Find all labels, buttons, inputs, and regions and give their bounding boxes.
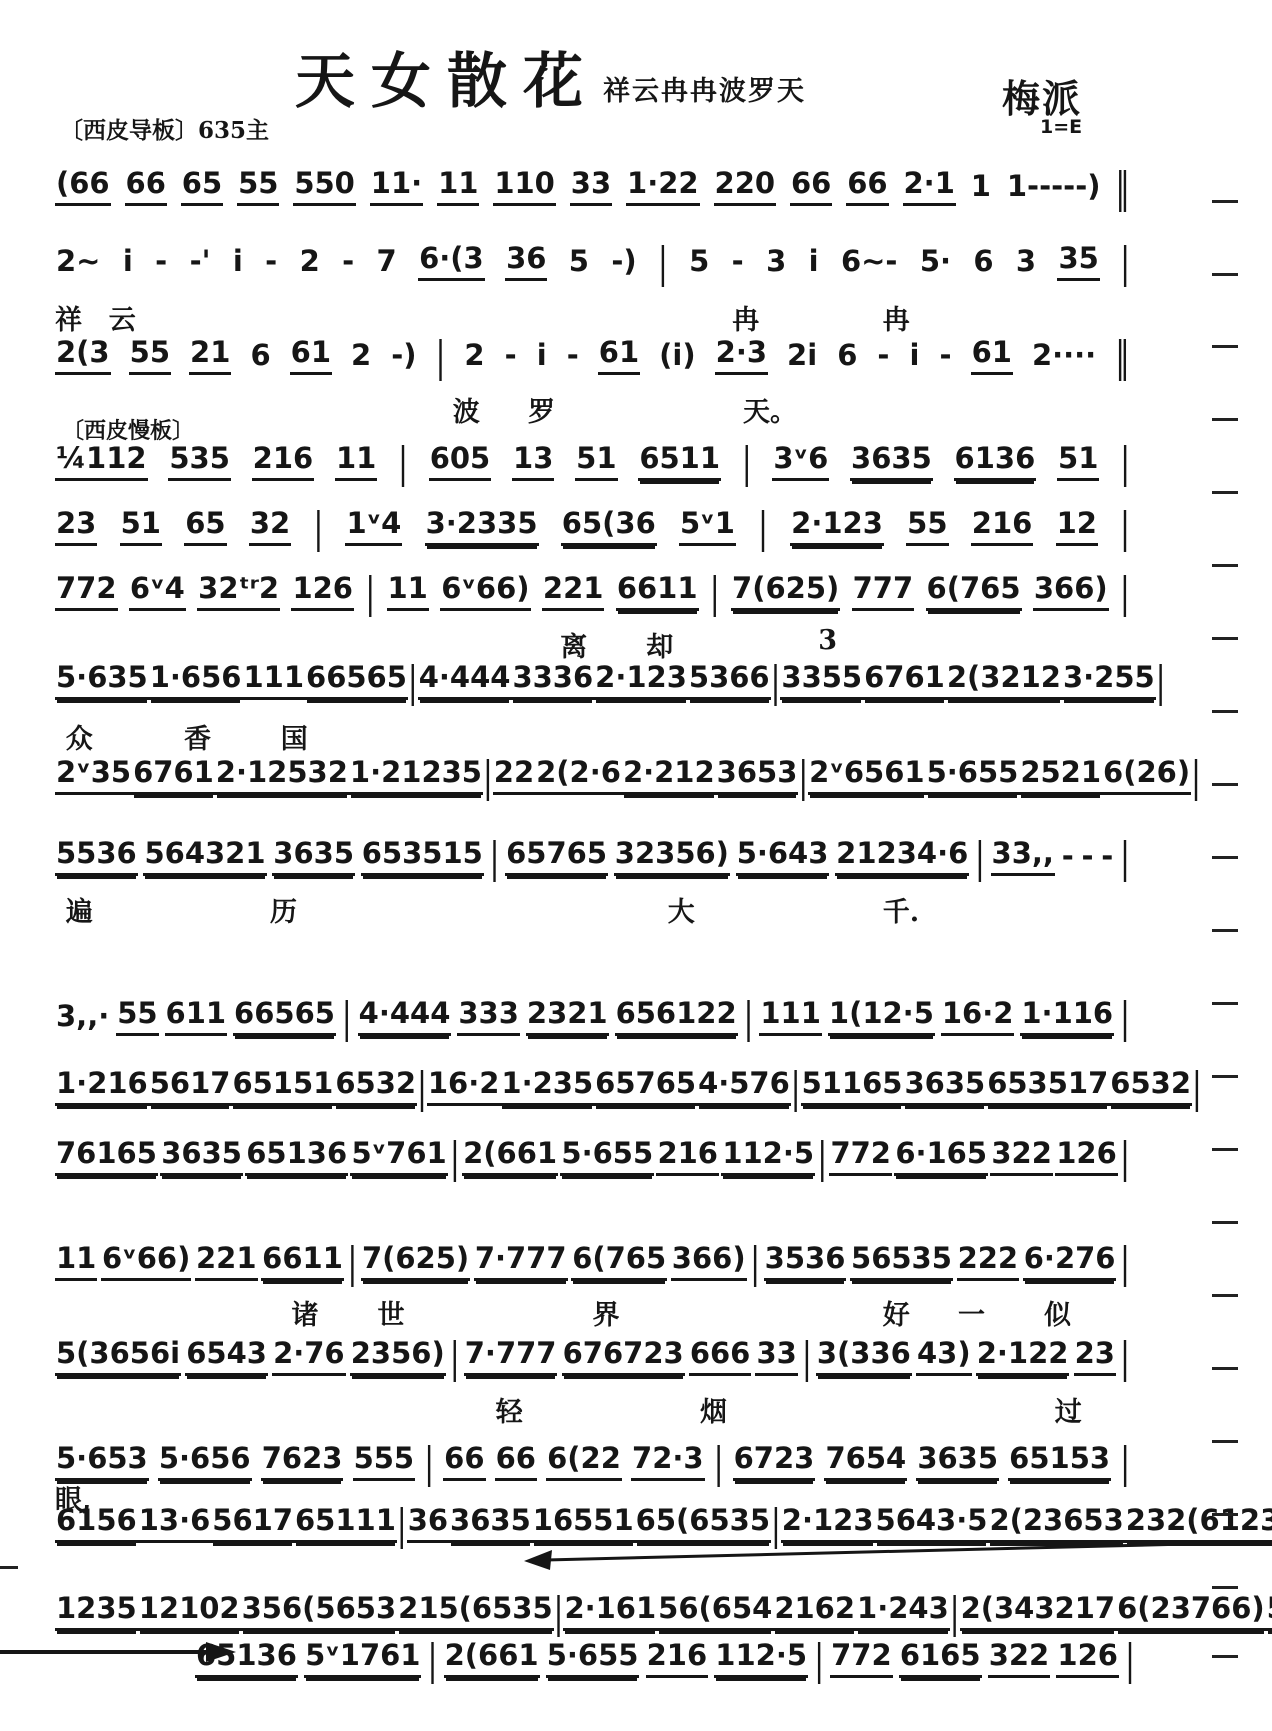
page-title: 天女散花 [295,52,599,112]
note-group: 5366 [688,662,771,700]
barline: | [791,1066,801,1114]
note-group: 5·656 [158,1443,252,1481]
note-group: 220 [714,168,777,206]
key-signature: 1=E [1040,116,1082,138]
note-group: 2·3 [715,337,768,375]
note-group: i [536,340,548,375]
note-group: 2·212 [622,757,716,795]
right-margin-tick [1212,1513,1238,1516]
note-group: 366) [671,1243,747,1281]
note-group: 322 [988,1640,1051,1678]
note-group: 2 [463,340,485,375]
note-group: 3 [765,246,787,281]
note-group: 5· [919,246,952,281]
right-margin-tick [1212,564,1238,567]
barline: | [1120,1136,1130,1184]
note-group: 65153 [1008,1443,1111,1481]
note-group: 6(26) [1102,757,1191,795]
barline: | [710,571,720,619]
note-group: 221 [542,573,605,611]
right-margin-tick [1212,1586,1238,1589]
note-group: (i) [658,340,696,375]
note-group: 216 [971,508,1034,546]
note-group: 6511 [638,443,721,481]
barline: | [1120,241,1130,289]
note-group: 6723 [733,1443,816,1481]
note-group: 7·777 [464,1338,558,1376]
right-margin-tick [1212,1294,1238,1297]
music-line: 3,,·5561166565|4·4443332321656122|1111(1… [55,998,1130,1036]
note-group: 3336 [511,662,594,700]
barline: | [417,1066,427,1114]
right-margin-tick [1212,1221,1238,1224]
music-line: 23516532|1ᵛ43·233565(365ᵛ1|2·1235521612| [55,508,1130,546]
lyric-character: 过 [1055,1390,1082,1429]
note-group: 3635 [916,1443,999,1481]
note-group: -) [390,340,417,375]
note-group: - [154,246,168,281]
note-group: 322 [990,1138,1053,1176]
note-group: i [232,246,244,281]
note-group: 112·5 [721,1138,815,1176]
barline: | [817,1136,827,1184]
note-group: 13·6 [138,1505,212,1543]
note-group: 1ᵛ4 [345,508,402,546]
note-group: 2356) [350,1338,446,1376]
note-group: 2162 [773,1593,856,1631]
note-group: 7 [376,246,398,281]
note-group: i [808,246,820,281]
note-group: -' [189,246,212,281]
lyric-character: 眼, [55,1478,91,1517]
lyric-character: 诸 [292,1293,319,1332]
lyric-character: 世 [378,1293,405,1332]
note-group: 11 [437,168,479,206]
note-group: 65136 [245,1138,348,1176]
note-group: 2(661 [444,1640,540,1678]
note-group: 6611 [616,573,699,611]
right-margin-tick [1212,1440,1238,1443]
note-group: 215(6535 [397,1593,554,1631]
note-group: 110 [493,168,556,206]
music-line: ¼11253521611|60513516511|3ᵛ63635613651| [55,443,1130,481]
note-group: 611 [165,998,228,1036]
note-group: 2~ [55,246,101,281]
barline: | [1191,755,1201,803]
right-margin-tick [1212,273,1238,276]
right-margin-tick [1212,783,1238,786]
note-group: - [731,246,745,281]
barline: | [758,506,768,554]
note-group: 653515 [361,838,484,876]
music-line: 123512102356(5653215(6535|2·16156(654216… [55,1593,1130,1631]
note-group: 1·116 [1020,998,1114,1036]
lyric-character: 千. [883,890,919,929]
note-group: 4·444 [358,998,452,1036]
music-line: 116ᵛ66)2216611|7(625)7·7776(765366)|3536… [55,1243,1130,1281]
note-group: 72·3 [631,1443,705,1481]
note-group: 2···· [1031,340,1097,375]
note-group: 66 [846,168,888,206]
note-group: 36 [505,243,547,281]
barline: | [750,1241,760,1289]
note-group: 216 [252,443,315,481]
note-group: 51 [120,508,162,546]
music-line: 5(3656i65432·762356)|7·77767672366633|3(… [55,1338,1130,1376]
note-group: 5ᵛ1 [679,508,736,546]
note-group: 11 [335,443,377,481]
note-group: 126 [1056,1640,1119,1678]
note-group: 777 [852,573,915,611]
barline: | [814,1638,824,1686]
note-group: 6ᵛ66) [440,573,530,611]
note-group: 564321 [143,838,266,876]
note-group: 55 [129,337,171,375]
note-group: 3·255 [1062,662,1156,700]
note-group: 676723 [562,1338,685,1376]
lyric-character: 好 [883,1293,910,1332]
note-group: 2 [350,340,372,375]
note-group: 3635 [903,1068,986,1106]
note-group: 6·165 [894,1138,988,1176]
lyric-character: 祥 [55,298,82,337]
barline: | [1120,441,1130,489]
barline: | [1192,1066,1202,1114]
barline: | [408,660,418,708]
sheet-music-page: 〔西皮导板〕635主 天女散花 祥云冉冉波罗天 梅派 1=E 〔西皮慢板〕 (6… [0,0,1272,1731]
barline: | [1120,836,1130,884]
note-group: 5·653 [55,1443,149,1481]
note-group: 76165 [55,1138,158,1176]
note-group: 6(765 [926,573,1022,611]
lyric-character: 离 [560,625,587,664]
note-group: 5·655 [546,1640,640,1678]
note-group: 1·216 [55,1068,149,1106]
note-group: 222 [957,1243,1020,1281]
music-line: 55365643213635653515|6576532356)5·643212… [55,838,1130,876]
right-margin-tick [1212,1655,1238,1658]
note-group: 66565 [233,998,336,1036]
note-group: 65(36 [561,508,657,546]
note-group: 5·655 [1266,1593,1272,1631]
note-group: 6532 [1109,1068,1192,1106]
left-margin-tick [0,1566,18,1569]
lyric-character: 3 [818,625,837,656]
lyric-character: 罗 [528,390,555,429]
note-group: 66 [495,1443,537,1481]
note-group: 1·243 [856,1593,950,1631]
note-group: 32356) [614,838,730,876]
note-group: 2521 [1019,757,1102,795]
note-group: 653517 [986,1068,1109,1106]
note-group: 7623 [261,1443,344,1481]
note-group: 65151 [231,1068,334,1106]
music-line: 5·6351·65611166565|4·44433362·1235366|33… [55,662,1130,700]
note-group: - [938,340,952,375]
note-group: 366) [1033,573,1109,611]
music-line: 2(355216612-)|2-i-61(i)2·32i6-i-612····‖ [55,337,1130,375]
barline: | [313,506,323,554]
note-group: 2321 [526,998,609,1036]
note-group: 13 [512,443,554,481]
note-group: 65 [181,168,223,206]
note-group: 5536 [55,838,138,876]
note-group: 772 [829,1138,892,1176]
lyric-character: 轻 [496,1390,523,1429]
note-group: 55 [116,998,158,1036]
note-group: 126 [291,573,354,611]
lyric-character: 香 [184,717,211,756]
note-group: - [1061,841,1075,876]
note-group: 32ᵗʳ2 [197,573,280,611]
right-margin-tick [1212,710,1238,713]
barline: | [1125,1638,1135,1686]
note-group: 5·655 [926,757,1020,795]
lyric-character: 波 [453,390,480,429]
note-group: 656122 [615,998,738,1036]
note-group: - [341,246,355,281]
note-group: - [876,340,890,375]
barline: ‖ [1115,335,1130,383]
barline: | [1120,571,1130,619]
note-group: 2·76 [272,1338,346,1376]
note-group: 3ᵛ6 [772,443,829,481]
lyric-character: 众 [66,717,93,756]
lyric-character: 烟 [700,1390,727,1429]
note-group: 51 [575,443,617,481]
note-group: 6~- [840,246,899,281]
barline: | [483,755,493,803]
right-margin-tick [1212,929,1238,932]
note-group: 5·655 [560,1138,654,1176]
note-group: 5(3656i [55,1338,181,1376]
note-group: 7·777 [474,1243,568,1281]
right-margin-tick [1212,345,1238,348]
note-group: 6136 [954,443,1037,481]
lyric-character: 大 [668,890,695,929]
note-group: 33 [570,168,612,206]
note-group: 2ᵛ35 [55,757,132,795]
note-group: 5ᵛ761 [350,1138,447,1176]
note-group: 61 [290,337,332,375]
note-group: 16·2 [427,1068,501,1106]
note-group: i [909,340,921,375]
note-group: 6ᵛ66) [101,1243,191,1281]
barline: | [424,1441,434,1489]
right-margin-tick [1212,856,1238,859]
note-group: 6(765 [571,1243,667,1281]
note-group: 5617 [211,1505,294,1543]
note-group: 1 [970,171,992,206]
right-margin-tick [1212,637,1238,640]
note-group: 2·123 [594,662,688,700]
note-group: 3653 [716,757,799,795]
barline: | [342,996,352,1044]
note-group: 3635 [160,1138,243,1176]
note-group: 21234·6 [835,838,969,876]
note-group: -) [610,246,637,281]
note-group: 333 [457,998,520,1036]
note-group: 6ᵛ4 [129,573,186,611]
note-group: 112·5 [714,1640,808,1678]
barline: | [1120,1441,1130,1489]
note-group: 5 [568,246,590,281]
note-group: 56(654 [657,1593,773,1631]
page-subtitle: 祥云冉冉波罗天 [603,69,806,108]
music-line: 2~i--'i-2-76·(3365-)|5-3i6~-5·6335| [55,243,1130,281]
barline: | [1120,1241,1130,1289]
note-group: - [504,340,518,375]
note-group: 6761 [863,662,946,700]
lyric-character: 国 [281,717,308,756]
note-group: 221 [195,1243,258,1281]
barline: | [1120,1336,1130,1384]
note-group: 6 [836,340,858,375]
lyric-character: 云 [109,298,136,337]
note-group: 2·123 [790,508,884,546]
note-group: 66 [790,168,832,206]
barline: | [490,836,500,884]
note-group: 5·635 [55,662,149,700]
lyric-character: 天。 [743,390,797,429]
note-group: 65111 [294,1505,397,1543]
note-group: 7654 [824,1443,907,1481]
long-left-arrow [520,1532,1272,1576]
note-group: 2ᵛ6561 [808,757,925,795]
note-group: 6 [249,340,271,375]
right-margin-tick [1212,1367,1238,1370]
barline: | [436,335,446,383]
note-group: 5ᵛ1761 [304,1640,421,1678]
barline: | [802,1336,812,1384]
lyric-character: 一 [958,1293,985,1332]
lyric-character: 界 [593,1293,620,1332]
note-group: 5617 [149,1068,232,1106]
right-margin-tick [1212,1002,1238,1005]
note-group: 3635 [272,838,355,876]
barline: | [658,241,668,289]
note-group: 605 [429,443,492,481]
note-group: 7(625) [731,573,840,611]
note-group: 4·576 [697,1068,791,1106]
barline: | [398,441,408,489]
note-group: 2 [299,246,321,281]
note-group: 126 [1055,1138,1118,1176]
note-group: 6611 [261,1243,344,1281]
barline: | [428,1638,438,1686]
note-group: 61 [971,337,1013,375]
note-group: 55 [906,508,948,546]
note-group: 1-----) [1006,171,1102,206]
barline: | [554,1591,564,1639]
title-block: 天女散花 祥云冉冉波罗天 [295,52,806,112]
note-group: 6(23766) [1116,1593,1266,1631]
note-group: 6(22 [546,1443,622,1481]
music-line: 1·2165617651516532|16·21·235657654·576|5… [55,1068,1130,1106]
note-group: 4·444 [418,662,512,700]
note-group: 1·21235 [349,757,483,795]
prelude-mode-label: 〔西皮导板〕635主 [60,112,269,145]
note-group: 550 [293,168,356,206]
note-group: 356(5653 [241,1593,398,1631]
note-group: 32 [249,508,291,546]
barline: | [975,836,985,884]
note-group: ¼112 [55,443,148,481]
barline: | [744,996,754,1044]
note-group: 65765 [505,838,608,876]
note-group: 7(625) [361,1243,470,1281]
note-group: 1·656 [149,662,243,700]
note-group: 55 [237,168,279,206]
note-group: i [122,246,134,281]
note-group: 23 [1074,1338,1116,1376]
barline: | [365,571,375,619]
note-group: 6·(3 [418,243,485,281]
note-group: 11· [370,168,423,206]
note-group: 6761 [132,757,215,795]
music-line: 651365ᵛ1761|2(6615·655216112·5|772616532… [195,1640,1135,1678]
note-group: 16·2 [941,998,1015,1036]
note-group: 111 [759,998,822,1036]
note-group: 66565 [305,662,408,700]
note-group: 6543 [185,1338,268,1376]
note-group: 3,,· [55,1001,110,1036]
note-group: 33,, [991,838,1055,876]
barline: | [1120,996,1130,1044]
note-group: 216 [656,1138,719,1176]
lyric-character: 历 [270,890,297,929]
note-group: 535 [168,443,231,481]
note-group: 66 [443,1443,485,1481]
music-line: 7726ᵛ432ᵗʳ2126|116ᵛ66)2216611|7(625)7776… [55,573,1130,611]
barline: | [771,660,781,708]
note-group: - [264,246,278,281]
barline: | [714,1441,724,1489]
note-group: 3(336 [816,1338,912,1376]
note-group: 43) [916,1338,972,1376]
note-group: 56535 [850,1243,953,1281]
note-group: 6532 [334,1068,417,1106]
lyric-character: 似 [1044,1293,1071,1332]
note-group: 21 [189,337,231,375]
music-line: 761653635651365ᵛ761|2(6615·655216112·5|7… [55,1138,1130,1176]
music-line: (6666655555011·11110331·2222066662·111--… [55,168,1130,206]
note-group: 1(12·5 [828,998,935,1036]
note-group: 1235 [55,1593,138,1631]
note-group: 5 [688,246,710,281]
note-group: 11 [387,573,429,611]
barline: | [450,1336,460,1384]
note-group: 66 [125,168,167,206]
note-group: 3 [1015,246,1037,281]
note-group: 2(3 [55,337,111,375]
note-group: 61 [598,337,640,375]
lyric-character: 遍 [66,890,93,929]
right-margin-tick [1212,418,1238,421]
barline: | [1120,506,1130,554]
note-group: 666 [689,1338,752,1376]
note-group: 51165 [801,1068,904,1106]
right-margin-tick [1212,491,1238,494]
note-group: 35 [1057,243,1099,281]
note-group: 65765 [594,1068,697,1106]
note-group: 2(343217 [960,1593,1117,1631]
note-group: 3635 [850,443,933,481]
school-label: 梅派 [1002,68,1082,123]
note-group: 2(2·6 [535,757,622,795]
right-margin-tick [1212,1075,1238,1078]
note-group: 22 [493,757,535,795]
